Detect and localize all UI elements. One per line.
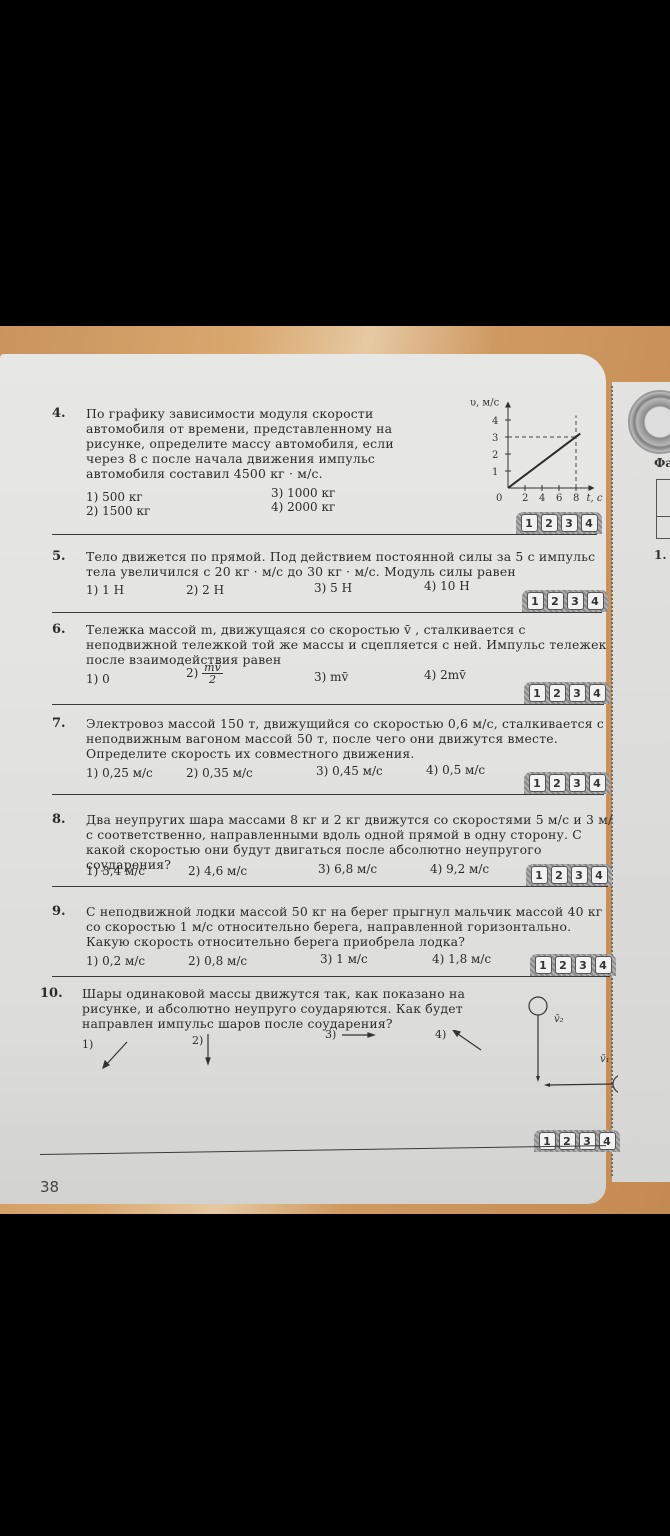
answer-2[interactable]: 2 bbox=[541, 514, 558, 532]
answer-2[interactable]: 2 bbox=[549, 684, 566, 702]
option-4[interactable]: 4) 9,2 м/с bbox=[430, 862, 489, 877]
option-2[interactable]: 2) 2 Н bbox=[186, 583, 224, 598]
task-text: Тележка массой m, движущаяся со скорость… bbox=[86, 622, 616, 667]
separator bbox=[40, 1145, 606, 1155]
answer-box-5: 1234 bbox=[522, 590, 608, 612]
task-text: Электровоз массой 150 т, движущийся со с… bbox=[86, 716, 616, 761]
answer-3[interactable]: 3 bbox=[575, 956, 592, 974]
arrow-up-left-icon bbox=[455, 1032, 481, 1050]
answer-1[interactable]: 1 bbox=[521, 514, 538, 532]
side-page-table bbox=[656, 479, 670, 539]
option-1[interactable]: 1) 500 кг bbox=[86, 490, 143, 505]
separator bbox=[52, 704, 604, 705]
separator bbox=[52, 976, 610, 977]
side-page-label: Фа bbox=[654, 456, 670, 470]
separator bbox=[52, 794, 604, 795]
task-number: 6. bbox=[52, 622, 66, 637]
answer-4[interactable]: 4 bbox=[599, 1132, 616, 1150]
task-number: 9. bbox=[52, 904, 66, 919]
answer-2[interactable]: 2 bbox=[559, 1132, 576, 1150]
option-1[interactable]: 1) 0,2 м/с bbox=[86, 954, 145, 969]
option-3[interactable]: 3) 1000 кг bbox=[271, 486, 335, 501]
answer-box-7: 1234 bbox=[524, 772, 610, 794]
svg-text:2): 2) bbox=[192, 1034, 203, 1047]
svg-text:1): 1) bbox=[82, 1038, 93, 1051]
answer-1[interactable]: 1 bbox=[531, 866, 548, 884]
answer-1[interactable]: 1 bbox=[529, 684, 546, 702]
answer-3[interactable]: 3 bbox=[569, 684, 586, 702]
option-4[interactable]: 4) 0,5 м/с bbox=[426, 763, 485, 778]
option-3[interactable]: 3) 6,8 м/с bbox=[318, 862, 377, 877]
answer-1[interactable]: 1 bbox=[535, 956, 552, 974]
answer-4[interactable]: 4 bbox=[581, 514, 598, 532]
option-4[interactable]: 4) 2mv̄ bbox=[424, 668, 466, 683]
workbook-page: 4. По графику зависимости модуля скорост… bbox=[0, 354, 606, 1204]
option-1[interactable]: 1) 0,25 м/с bbox=[86, 766, 153, 781]
svg-text:v̄₂: v̄₂ bbox=[554, 1014, 564, 1025]
option-2[interactable]: 2) 0,35 м/с bbox=[186, 766, 253, 781]
svg-text:6: 6 bbox=[556, 493, 562, 504]
answer-1[interactable]: 1 bbox=[529, 774, 546, 792]
separator bbox=[52, 612, 602, 613]
answer-4[interactable]: 4 bbox=[589, 774, 606, 792]
task-10-arrow-options: 1) 2) 3) 4) bbox=[82, 1030, 502, 1090]
velocity-time-chart: 024681234t, сυ, м/с bbox=[462, 396, 622, 516]
answer-box-8: 1234 bbox=[526, 864, 612, 886]
answer-3[interactable]: 3 bbox=[567, 592, 584, 610]
answer-3[interactable]: 3 bbox=[571, 866, 588, 884]
answer-box-10: 1234 bbox=[534, 1130, 620, 1152]
svg-text:3): 3) bbox=[325, 1030, 336, 1041]
answer-2[interactable]: 2 bbox=[547, 592, 564, 610]
separator bbox=[52, 886, 608, 887]
task-number: 8. bbox=[52, 812, 66, 827]
svg-text:υ, м/с: υ, м/с bbox=[470, 398, 500, 409]
answer-3[interactable]: 3 bbox=[579, 1132, 596, 1150]
option-3[interactable]: 3) 5 Н bbox=[314, 581, 352, 596]
svg-text:8: 8 bbox=[573, 493, 579, 504]
option-2[interactable]: 2) 4,6 м/с bbox=[188, 864, 247, 879]
task-text: По графику зависимости модуля скорости а… bbox=[86, 406, 406, 481]
task-number: 4. bbox=[52, 406, 66, 421]
answer-box-9: 1234 bbox=[530, 954, 616, 976]
option-2[interactable]: 2) mv̄2 bbox=[186, 662, 223, 685]
task-number: 7. bbox=[52, 716, 66, 731]
answer-box-4: 1234 bbox=[516, 512, 602, 534]
answer-3[interactable]: 3 bbox=[569, 774, 586, 792]
svg-text:0: 0 bbox=[496, 493, 502, 504]
answer-2[interactable]: 2 bbox=[549, 774, 566, 792]
answer-1[interactable]: 1 bbox=[539, 1132, 556, 1150]
svg-text:4): 4) bbox=[435, 1030, 446, 1041]
svg-text:v̄₁: v̄₁ bbox=[600, 1054, 610, 1065]
svg-text:1: 1 bbox=[492, 467, 498, 478]
task-number: 10. bbox=[40, 986, 63, 1001]
option-4[interactable]: 4) 10 Н bbox=[424, 579, 470, 594]
separator bbox=[52, 534, 597, 535]
page-number: 38 bbox=[40, 1178, 59, 1196]
task-text: С неподвижной лодки массой 50 кг на бере… bbox=[86, 904, 616, 949]
option-4[interactable]: 4) 1,8 м/с bbox=[432, 952, 491, 967]
option-2[interactable]: 2) 0,8 м/с bbox=[188, 954, 247, 969]
side-page-item: 1. bbox=[654, 548, 667, 562]
answer-4[interactable]: 4 bbox=[595, 956, 612, 974]
task-text: Шары одинаковой массы движутся так, как … bbox=[82, 986, 487, 1031]
answer-3[interactable]: 3 bbox=[561, 514, 578, 532]
option-4[interactable]: 4) 2000 кг bbox=[271, 500, 335, 515]
option-3[interactable]: 3) 1 м/с bbox=[320, 952, 368, 967]
task-number: 5. bbox=[52, 549, 66, 564]
svg-text:t, с: t, с bbox=[587, 493, 603, 504]
option-2[interactable]: 2) 1500 кг bbox=[86, 504, 150, 519]
option-1[interactable]: 1) 1 Н bbox=[86, 583, 124, 598]
task-text: Тело движется по прямой. Под действием п… bbox=[86, 549, 616, 579]
photo: Фа 1. 4. По графику зависимости модуля с… bbox=[0, 326, 670, 1214]
collision-figure: v̄₂ v̄₁ bbox=[518, 994, 618, 1104]
fraction: mv̄2 bbox=[202, 662, 223, 685]
answer-2[interactable]: 2 bbox=[551, 866, 568, 884]
option-3[interactable]: 3) mv̄ bbox=[314, 670, 348, 685]
answer-4[interactable]: 4 bbox=[591, 866, 608, 884]
option-3[interactable]: 3) 0,45 м/с bbox=[316, 764, 383, 779]
svg-text:2: 2 bbox=[522, 493, 528, 504]
arrow-down-left-icon bbox=[105, 1042, 127, 1066]
svg-text:4: 4 bbox=[539, 493, 545, 504]
svg-text:4: 4 bbox=[492, 416, 498, 427]
option-1[interactable]: 1) 0 bbox=[86, 672, 110, 687]
answer-2[interactable]: 2 bbox=[555, 956, 572, 974]
answer-box-6: 1234 bbox=[524, 682, 610, 704]
answer-1[interactable]: 1 bbox=[527, 592, 544, 610]
answer-4[interactable]: 4 bbox=[589, 684, 606, 702]
svg-text:3: 3 bbox=[492, 433, 498, 444]
answer-4[interactable]: 4 bbox=[587, 592, 604, 610]
option-1[interactable]: 1) 3,4 м/с bbox=[86, 864, 145, 879]
svg-text:2: 2 bbox=[492, 450, 498, 461]
